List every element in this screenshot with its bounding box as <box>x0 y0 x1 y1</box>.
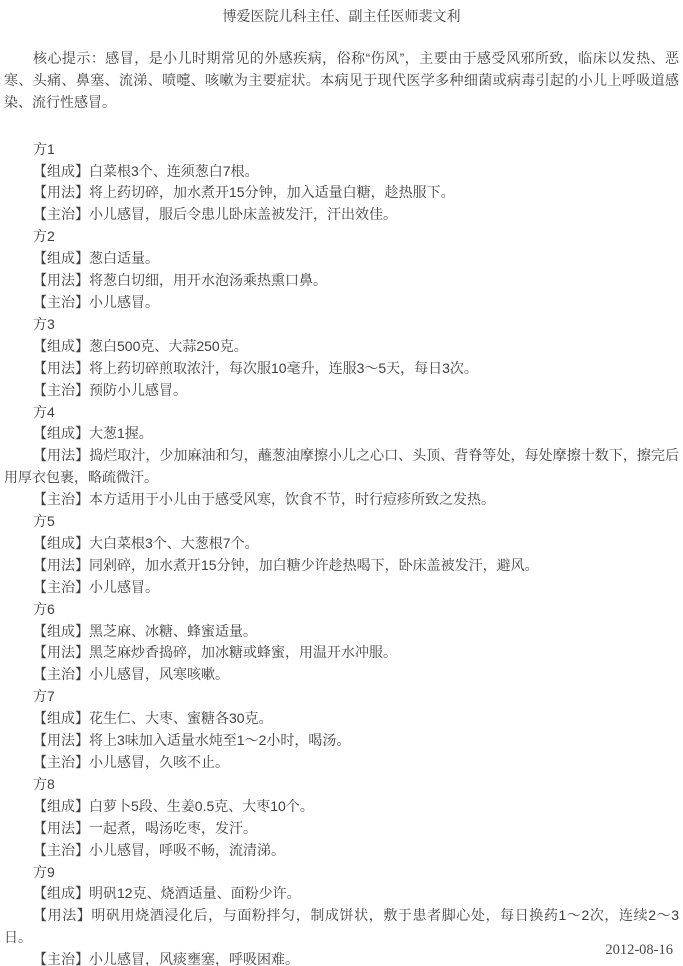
usage-text: 将上药切碎，加水煮开15分钟，加入适量白糖，趁热服下。 <box>89 184 455 200</box>
composition-label: 【组成】 <box>33 885 89 901</box>
composition-text: 葱白500克、大蒜250克。 <box>89 338 248 354</box>
usage-line: 【用法】同剁碎，加水煮开15分钟，加白糖少许趁热喝下，卧床盖被发汗，避风。 <box>4 555 679 577</box>
composition-label: 【组成】 <box>33 798 89 814</box>
prescription-block: 方2 【组成】葱白适量。 【用法】将葱白切细，用开水泡汤乘热熏口鼻。 【主治】小… <box>4 226 679 314</box>
prescription-block: 方8 【组成】白萝卜5段、生姜0.5克、大枣10个。 【用法】一起煮，喝汤吃枣，… <box>4 774 679 862</box>
indication-line: 【主治】小儿感冒，风寒咳嗽。 <box>4 664 679 686</box>
composition-line: 【组成】大白菜根3个、大葱根7个。 <box>4 533 679 555</box>
indication-text: 小儿感冒，服后令患儿卧床盖被发汗，汗出效佳。 <box>89 206 397 222</box>
usage-line: 【用法】黑芝麻炒香捣碎，加冰糖或蜂蜜，用温开水冲服。 <box>4 642 679 664</box>
indication-line: 【主治】小儿感冒，久咳不止。 <box>4 752 679 774</box>
composition-text: 白萝卜5段、生姜0.5克、大枣10个。 <box>89 798 314 814</box>
indication-text: 本方适用于小儿由于感受风寒，饮食不节，时行痘疹所致之发热。 <box>89 491 495 507</box>
prescription-block: 方4 【组成】大葱1握。 【用法】捣烂取汁，少加麻油和匀，蘸葱油摩擦小儿之心口、… <box>4 402 679 512</box>
prescription-number: 方6 <box>4 599 679 621</box>
usage-line: 【用法】将葱白切细，用开水泡汤乘热熏口鼻。 <box>4 270 679 292</box>
prescription-block: 方9 【组成】明矾12克、烧酒适量、面粉少许。 【用法】明矾用烧酒浸化后，与面粉… <box>4 862 679 966</box>
usage-text: 将上药切碎煎取浓汁，每次服10毫升，连服3～5天，每日3次。 <box>89 360 478 376</box>
usage-line: 【用法】捣烂取汁，少加麻油和匀，蘸葱油摩擦小儿之心口、头顶、背脊等处，每处摩擦十… <box>4 445 679 489</box>
usage-label: 【用法】 <box>33 272 89 288</box>
composition-text: 大白菜根3个、大葱根7个。 <box>89 535 259 551</box>
indication-label: 【主治】 <box>33 951 89 966</box>
indication-line: 【主治】小儿感冒，服后令患儿卧床盖被发汗，汗出效佳。 <box>4 204 679 226</box>
prescription-number: 方4 <box>4 402 679 424</box>
usage-label: 【用法】 <box>33 820 89 836</box>
composition-line: 【组成】白菜根3个、连须葱白7根。 <box>4 161 679 183</box>
composition-label: 【组成】 <box>33 338 89 354</box>
usage-line: 【用法】将上药切碎煎取浓汁，每次服10毫升，连服3～5天，每日3次。 <box>4 358 679 380</box>
usage-text: 黑芝麻炒香捣碎，加冰糖或蜂蜜，用温开水冲服。 <box>89 644 397 660</box>
usage-label: 【用法】 <box>33 907 91 923</box>
composition-text: 明矾12克、烧酒适量、面粉少许。 <box>89 885 301 901</box>
indication-line: 【主治】小儿感冒，风痰壅塞，呼吸困难。 <box>4 949 679 966</box>
composition-line: 【组成】葱白500克、大蒜250克。 <box>4 336 679 358</box>
indication-label: 【主治】 <box>33 491 89 507</box>
composition-line: 【组成】大葱1握。 <box>4 423 679 445</box>
prescription-block: 方5 【组成】大白菜根3个、大葱根7个。 【用法】同剁碎，加水煮开15分钟，加白… <box>4 511 679 599</box>
indication-label: 【主治】 <box>33 206 89 222</box>
indication-label: 【主治】 <box>33 579 89 595</box>
usage-text: 捣烂取汁，少加麻油和匀，蘸葱油摩擦小儿之心口、头顶、背脊等处，每处摩擦十数下，擦… <box>4 447 679 485</box>
prescription-number: 方8 <box>4 774 679 796</box>
composition-line: 【组成】葱白适量。 <box>4 248 679 270</box>
usage-text: 同剁碎，加水煮开15分钟，加白糖少许趁热喝下，卧床盖被发汗，避风。 <box>89 557 539 573</box>
indication-line: 【主治】小儿感冒，呼吸不畅，流清涕。 <box>4 840 679 862</box>
prescription-block: 方1 【组成】白菜根3个、连须葱白7根。 【用法】将上药切碎，加水煮开15分钟，… <box>4 139 679 227</box>
indication-label: 【主治】 <box>33 382 89 398</box>
indication-line: 【主治】小儿感冒。 <box>4 577 679 599</box>
usage-label: 【用法】 <box>33 732 89 748</box>
composition-line: 【组成】黑芝麻、冰糖、蜂蜜适量。 <box>4 621 679 643</box>
composition-label: 【组成】 <box>33 163 89 179</box>
usage-line: 【用法】明矾用烧酒浸化后，与面粉拌匀，制成饼状，敷于患者脚心处，每日换药1～2次… <box>4 905 679 949</box>
indication-text: 小儿感冒，风寒咳嗽。 <box>89 666 229 682</box>
composition-text: 白菜根3个、连须葱白7根。 <box>89 163 259 179</box>
indication-label: 【主治】 <box>33 666 89 682</box>
prescription-block: 方7 【组成】花生仁、大枣、蜜糖各30克。 【用法】将上3味加入适量水炖至1～2… <box>4 686 679 774</box>
composition-line: 【组成】白萝卜5段、生姜0.5克、大枣10个。 <box>4 796 679 818</box>
usage-label: 【用法】 <box>33 557 89 573</box>
post-date: 2012-08-16 <box>605 940 673 962</box>
prescription-block: 方3 【组成】葱白500克、大蒜250克。 【用法】将上药切碎煎取浓汁，每次服1… <box>4 314 679 402</box>
composition-text: 葱白适量。 <box>89 250 159 266</box>
indication-text: 小儿感冒，久咳不止。 <box>89 754 229 770</box>
usage-text: 一起煮，喝汤吃枣，发汗。 <box>89 820 257 836</box>
composition-line: 【组成】花生仁、大枣、蜜糖各30克。 <box>4 708 679 730</box>
indication-text: 小儿感冒。 <box>89 294 159 310</box>
indication-label: 【主治】 <box>33 842 89 858</box>
usage-line: 【用法】一起煮，喝汤吃枣，发汗。 <box>4 818 679 840</box>
prescription-number: 方3 <box>4 314 679 336</box>
composition-line: 【组成】明矾12克、烧酒适量、面粉少许。 <box>4 883 679 905</box>
prescription-number: 方5 <box>4 511 679 533</box>
composition-label: 【组成】 <box>33 425 89 441</box>
prescription-number: 方1 <box>4 139 679 161</box>
usage-line: 【用法】将上药切碎，加水煮开15分钟，加入适量白糖，趁热服下。 <box>4 182 679 204</box>
intro-paragraph: 核心提示：感冒，是小儿时期常见的外感疾病，俗称“伤风”，主要由于感受风邪所致，临… <box>4 48 679 114</box>
usage-text: 将葱白切细，用开水泡汤乘热熏口鼻。 <box>89 272 327 288</box>
prescription-number: 方7 <box>4 686 679 708</box>
prescription-list: 方1 【组成】白菜根3个、连须葱白7根。 【用法】将上药切碎，加水煮开15分钟，… <box>4 139 679 966</box>
composition-label: 【组成】 <box>33 710 89 726</box>
document-page: 博爱医院儿科主任、副主任医师裴文利 核心提示：感冒，是小儿时期常见的外感疾病，俗… <box>0 0 683 966</box>
composition-text: 黑芝麻、冰糖、蜂蜜适量。 <box>89 623 257 639</box>
usage-text: 明矾用烧酒浸化后，与面粉拌匀，制成饼状，敷于患者脚心处，每日换药1～2次，连续2… <box>4 907 679 945</box>
indication-text: 小儿感冒，呼吸不畅，流清涕。 <box>89 842 285 858</box>
indication-label: 【主治】 <box>33 754 89 770</box>
indication-line: 【主治】预防小儿感冒。 <box>4 380 679 402</box>
prescription-block: 方6 【组成】黑芝麻、冰糖、蜂蜜适量。 【用法】黑芝麻炒香捣碎，加冰糖或蜂蜜，用… <box>4 599 679 687</box>
usage-label: 【用法】 <box>33 447 89 463</box>
composition-label: 【组成】 <box>33 623 89 639</box>
indication-line: 【主治】本方适用于小儿由于感受风寒，饮食不节，时行痘疹所致之发热。 <box>4 489 679 511</box>
composition-text: 花生仁、大枣、蜜糖各30克。 <box>89 710 273 726</box>
indication-text: 小儿感冒。 <box>89 579 159 595</box>
indication-text: 小儿感冒，风痰壅塞，呼吸困难。 <box>89 951 299 966</box>
usage-text: 将上3味加入适量水炖至1～2小时，喝汤。 <box>89 732 350 748</box>
prescription-number: 方9 <box>4 862 679 884</box>
indication-line: 【主治】小儿感冒。 <box>4 292 679 314</box>
composition-label: 【组成】 <box>33 250 89 266</box>
usage-label: 【用法】 <box>33 360 89 376</box>
usage-label: 【用法】 <box>33 184 89 200</box>
composition-label: 【组成】 <box>33 535 89 551</box>
page-title: 博爱医院儿科主任、副主任医师裴文利 <box>4 4 679 28</box>
prescription-number: 方2 <box>4 226 679 248</box>
indication-label: 【主治】 <box>33 294 89 310</box>
usage-line: 【用法】将上3味加入适量水炖至1～2小时，喝汤。 <box>4 730 679 752</box>
indication-text: 预防小儿感冒。 <box>89 382 187 398</box>
usage-label: 【用法】 <box>33 644 89 660</box>
composition-text: 大葱1握。 <box>89 425 153 441</box>
